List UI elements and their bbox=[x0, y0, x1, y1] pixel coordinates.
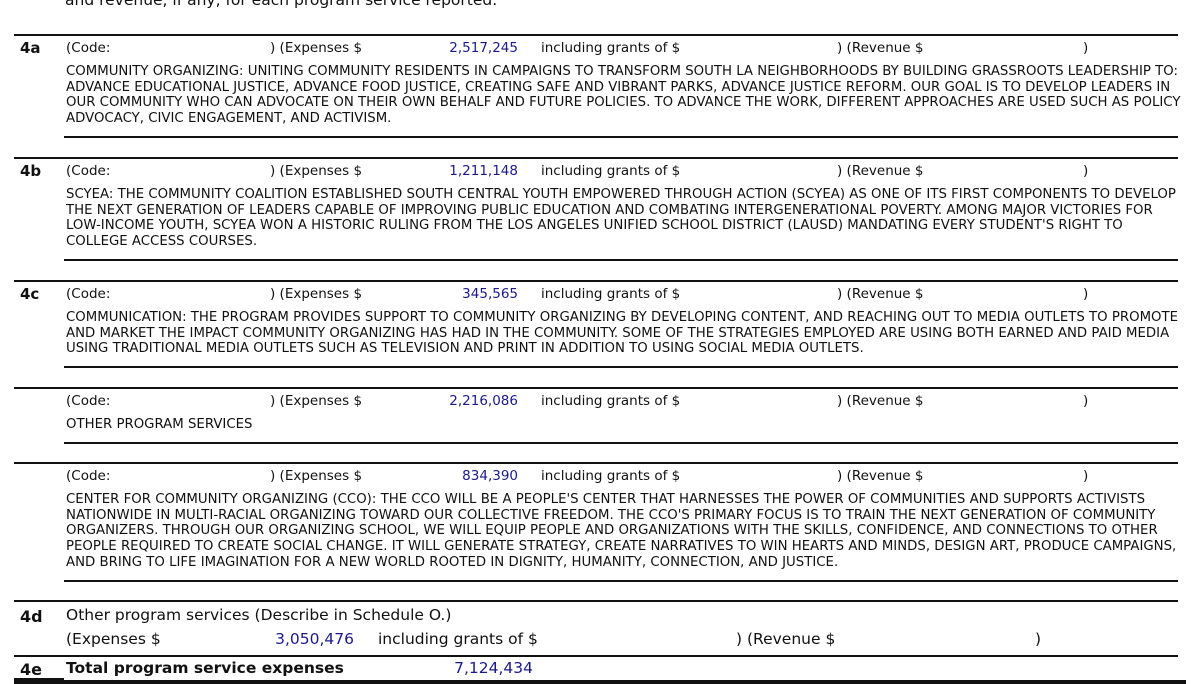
divider bbox=[64, 580, 1178, 582]
divider bbox=[14, 280, 1178, 282]
close-paren: ) bbox=[1083, 393, 1088, 409]
close-paren: ) bbox=[1083, 163, 1088, 179]
line-4d-title: Other program services (Describe in Sche… bbox=[66, 606, 451, 624]
expenses-value: 345,565 bbox=[0, 286, 518, 302]
divider bbox=[14, 157, 1178, 159]
divider bbox=[64, 442, 1178, 444]
divider bbox=[14, 655, 1178, 657]
expenses-value: 2,517,245 bbox=[0, 40, 518, 56]
divider bbox=[14, 387, 1178, 389]
program-description: COMMUNICATION: THE PROGRAM PROVIDES SUPP… bbox=[66, 310, 1181, 357]
revenue-label: ) (Revenue $ bbox=[837, 393, 924, 409]
intro-text: and revenue, if any, for each program se… bbox=[65, 0, 497, 9]
grants-label: including grants of $ bbox=[541, 468, 680, 484]
expenses-value: 1,211,148 bbox=[0, 163, 518, 179]
line-4e-total-value: 7,124,434 bbox=[0, 659, 533, 677]
line-4d-revenue-label: ) (Revenue $ bbox=[736, 630, 835, 648]
grants-label: including grants of $ bbox=[541, 163, 680, 179]
program-description: CENTER FOR COMMUNITY ORGANIZING (CCO): T… bbox=[66, 492, 1181, 571]
line-4d-expenses-value: 3,050,476 bbox=[0, 630, 354, 648]
grants-label: including grants of $ bbox=[541, 40, 680, 56]
expenses-value: 834,390 bbox=[0, 468, 518, 484]
divider bbox=[64, 366, 1178, 368]
revenue-label: ) (Revenue $ bbox=[837, 468, 924, 484]
program-description: COMMUNITY ORGANIZING: UNITING COMMUNITY … bbox=[66, 64, 1181, 127]
divider bbox=[64, 136, 1178, 138]
divider bbox=[14, 34, 1178, 36]
program-description: OTHER PROGRAM SERVICES bbox=[66, 417, 1181, 433]
grants-label: including grants of $ bbox=[541, 393, 680, 409]
divider-thick bbox=[14, 680, 1186, 684]
divider bbox=[14, 462, 1178, 464]
line-4d-close-paren: ) bbox=[1035, 630, 1041, 648]
divider bbox=[14, 600, 1178, 602]
program-description: SCYEA: THE COMMUNITY COALITION ESTABLISH… bbox=[66, 187, 1181, 250]
line-number-4d: 4d bbox=[20, 607, 43, 626]
close-paren: ) bbox=[1083, 40, 1088, 56]
close-paren: ) bbox=[1083, 468, 1088, 484]
revenue-label: ) (Revenue $ bbox=[837, 286, 924, 302]
revenue-label: ) (Revenue $ bbox=[837, 163, 924, 179]
grants-label: including grants of $ bbox=[541, 286, 680, 302]
expenses-value: 2,216,086 bbox=[0, 393, 518, 409]
close-paren: ) bbox=[1083, 286, 1088, 302]
line-4d-grants-label: including grants of $ bbox=[378, 630, 538, 648]
revenue-label: ) (Revenue $ bbox=[837, 40, 924, 56]
divider bbox=[64, 259, 1178, 261]
